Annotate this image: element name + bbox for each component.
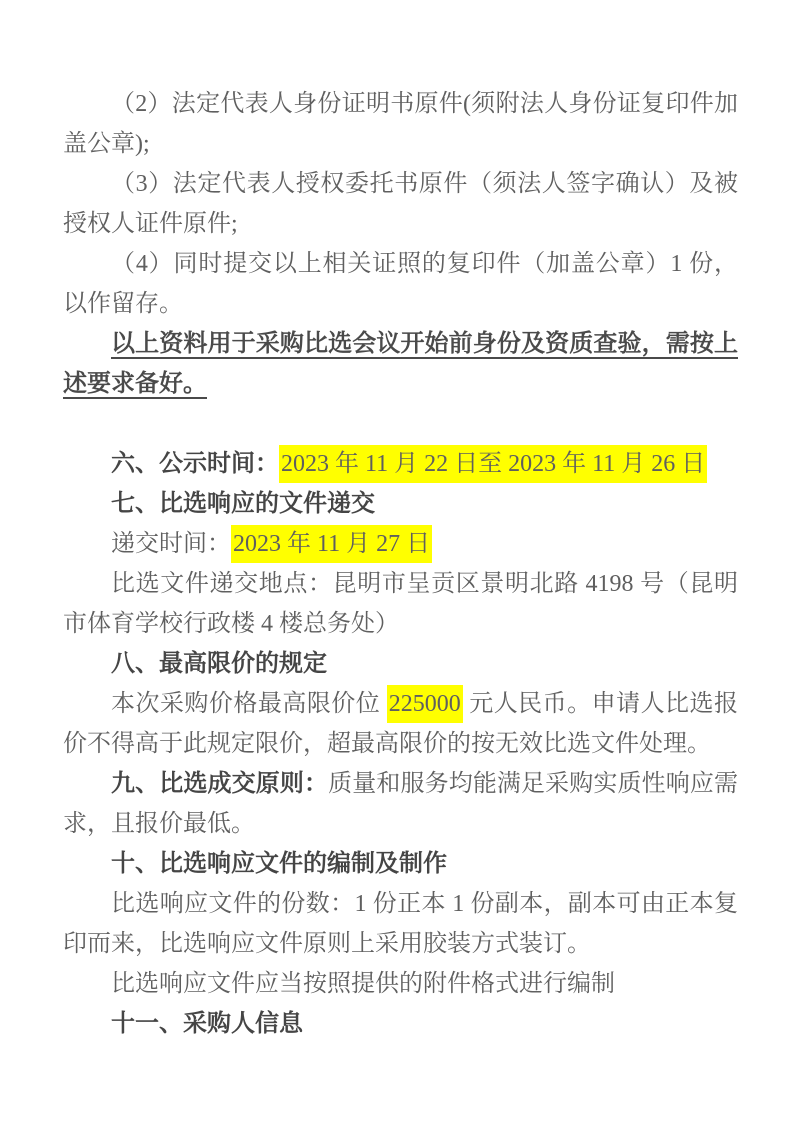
price-value-highlight: 225000 bbox=[387, 685, 463, 723]
section-9-line: 九、比选成交原则：质量和服务均能满足采购实质性响应需求，且报价最低。 bbox=[63, 764, 738, 844]
section-9-label: 九、比选成交原则： bbox=[111, 771, 328, 797]
section-6-label: 六、公示时间： bbox=[111, 451, 279, 477]
price-limit-paragraph: 本次采购价格最高限价位 225000 元人民币。申请人比选报价不得高于此规定限价… bbox=[63, 684, 738, 764]
section-8-heading: 八、最高限价的规定 bbox=[63, 644, 738, 684]
section-6-line: 六、公示时间：2023 年 11 月 22 日至 2023 年 11 月 26 … bbox=[63, 444, 738, 484]
section-7-heading: 七、比选响应的文件递交 bbox=[63, 484, 738, 524]
price-text-before: 本次采购价格最高限价位 bbox=[111, 691, 387, 717]
paragraph-item-3: （3）法定代表人授权委托书原件（须法人签字确认）及被授权人证件原件; bbox=[63, 164, 738, 244]
section-11-heading: 十一、采购人信息 bbox=[63, 1004, 738, 1044]
submission-date-highlight: 2023 年 11 月 27 日 bbox=[231, 525, 432, 563]
submission-location-paragraph: 比选文件递交地点：昆明市呈贡区景明北路 4198 号（昆明市体育学校行政楼 4 … bbox=[63, 564, 738, 644]
submission-time-line: 递交时间：2023 年 11 月 27 日 bbox=[63, 524, 738, 564]
section-10-heading: 十、比选响应文件的编制及制作 bbox=[63, 844, 738, 884]
note-underlined-text: 以上资料用于采购比选会议开始前身份及资质查验，需按上述要求备好。 bbox=[63, 331, 738, 397]
copies-paragraph: 比选响应文件的份数：1 份正本 1 份副本，副本可由正本复印而来，比选响应文件原… bbox=[63, 884, 738, 964]
section-6-date-highlight: 2023 年 11 月 22 日至 2023 年 11 月 26 日 bbox=[279, 445, 707, 483]
paragraph-item-2: （2）法定代表人身份证明书原件(须附法人身份证复印件加盖公章); bbox=[63, 84, 738, 164]
document-page: （2）法定代表人身份证明书原件(须附法人身份证复印件加盖公章); （3）法定代表… bbox=[0, 0, 800, 1131]
paragraph-note: 以上资料用于采购比选会议开始前身份及资质查验，需按上述要求备好。 bbox=[63, 324, 738, 404]
document-content: （2）法定代表人身份证明书原件(须附法人身份证复印件加盖公章); （3）法定代表… bbox=[0, 0, 800, 1044]
format-paragraph: 比选响应文件应当按照提供的附件格式进行编制 bbox=[63, 964, 738, 1004]
submission-time-label: 递交时间： bbox=[111, 531, 231, 557]
paragraph-item-4: （4）同时提交以上相关证照的复印件（加盖公章）1 份，以作留存。 bbox=[63, 244, 738, 324]
